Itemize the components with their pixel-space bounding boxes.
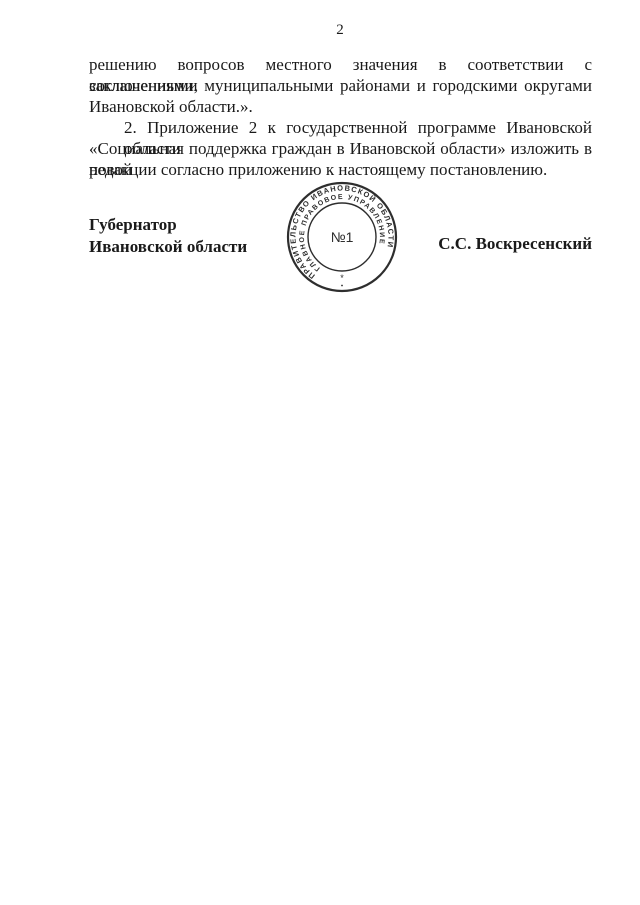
paragraph-line: Ивановской области.».: [89, 96, 592, 117]
stamp-star-mark: *: [340, 273, 344, 283]
signatory-title-line: Ивановской области: [89, 236, 247, 258]
paragraph-line: заключенными муниципальными районами и г…: [89, 75, 592, 96]
signatory-name: С.С. Воскресенский: [438, 233, 592, 254]
stamp-bottom-dot: [341, 285, 343, 287]
paragraph-line: решению вопросов местного значения в соо…: [89, 54, 592, 75]
signatory-title: Губернатор Ивановской области: [89, 214, 247, 257]
page-number: 2: [89, 21, 591, 39]
official-stamp: ПРАВИТЕЛЬСТВО ИВАНОВСКОЙ ОБЛАСТИ ГЛАВНОЕ…: [282, 175, 402, 299]
body-text: решению вопросов местного значения в соо…: [89, 54, 592, 180]
paragraph-line: «Социальная поддержка граждан в Ивановск…: [89, 138, 592, 159]
stamp-number-text: №1: [331, 229, 354, 245]
paragraph-line: 2. Приложение 2 к государственной програ…: [89, 117, 592, 138]
signatory-title-line: Губернатор: [89, 214, 247, 236]
document-page: 2 решению вопросов местного значения в с…: [0, 0, 640, 905]
